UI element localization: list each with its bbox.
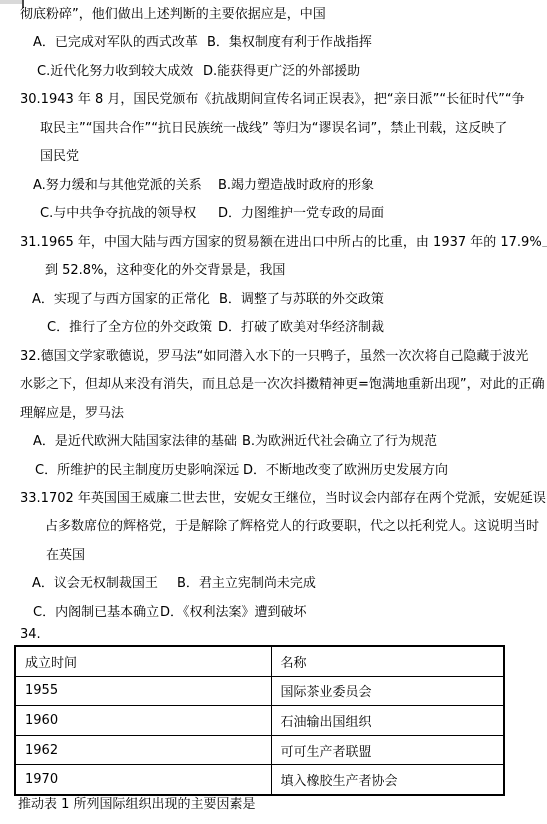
table-cell-year: 1955 <box>15 676 271 706</box>
question34-table: 成立时间 名称 1955 国际茶业委员会 1960 石油输出国组织 1962 可… <box>14 645 505 796</box>
table-row: 1962 可可生产者联盟 <box>15 735 504 765</box>
table-cell-year: 1960 <box>15 706 271 736</box>
table-row: 1970 填入橡胶生产者协会 <box>15 765 504 795</box>
exam-page: 彻底粉碎”，他们做出上述判断的主要依据应是，中国 A．已完成对军队的西式改革B．… <box>0 0 547 824</box>
table-cell-year: 1962 <box>15 735 271 765</box>
table-header-name: 名称 <box>271 646 504 676</box>
table-row: 1960 石油输出国组织 <box>15 706 504 736</box>
page: { "page": { "background": "#ffffff", "te… <box>0 0 547 824</box>
table-cell-org: 可可生产者联盟 <box>271 735 504 765</box>
table-cell-year: 1970 <box>15 765 271 795</box>
table-row: 1955 国际茶业委员会 <box>15 676 504 706</box>
table-header-founding-time: 成立时间 <box>15 646 271 676</box>
table-cell-org: 国际茶业委员会 <box>271 676 504 706</box>
table-cell-org: 石油输出国组织 <box>271 706 504 736</box>
clipped-ui-fragment <box>0 0 24 4</box>
table-header-row: 成立时间 名称 <box>15 646 504 676</box>
table-cell-org: 填入橡胶生产者协会 <box>271 765 504 795</box>
